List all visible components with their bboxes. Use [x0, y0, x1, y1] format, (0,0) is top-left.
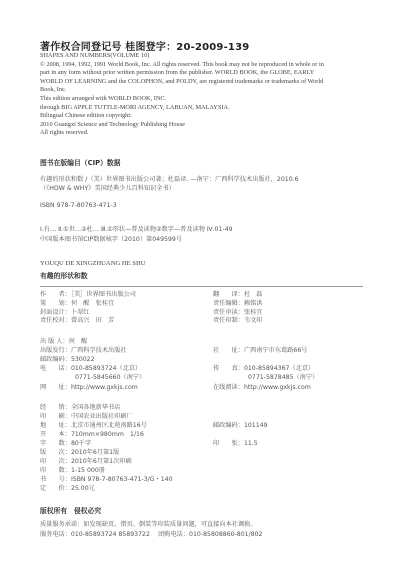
cip-classification: Ⅰ.有… Ⅱ.①世…②杜… Ⅲ.①形状—普及读物②数字—普及读物 Ⅳ.01-49 — [40, 226, 233, 235]
copyright-line: SHAPES AND NUMBERS(VOLUME 10) — [40, 52, 324, 61]
publisher-fax: 传 真：010-85894367（北京） — [213, 365, 314, 374]
price: 定 价：25.00元 — [40, 485, 95, 494]
credit-author: 作 者：［美］世界图书出版公司 — [40, 291, 136, 300]
credit-print-supervisor: 责任印制：韦文印 — [213, 317, 263, 326]
publisher-postcode: 邮政编码：530022 — [40, 356, 95, 365]
book-title: 有趣的形状和数 — [40, 270, 88, 280]
copyright-line: All rights reserved. — [40, 129, 324, 138]
copyright-line: Book, Inc. — [40, 86, 324, 95]
credit-planner: 策 划：何 醒 张桂宜 — [40, 300, 136, 309]
publisher-address: 社 址：广西南宁市东葛路66号 — [213, 347, 308, 356]
cip-line: 有趣的形状和数 /（美）世界图书出版公司著；杜磊译. —南宁：广西科学技术出版社… — [40, 176, 299, 185]
copyright-line: part in any form without prior written p… — [40, 69, 324, 78]
credit-translator: 翻 译：杜 磊 — [213, 291, 263, 300]
publisher-phone-2: 0771-5845660（南宁） — [75, 374, 145, 383]
printer: 印 刷：中国农业出版社印刷厂 — [40, 413, 133, 422]
book-pinyin-title: YOUQU DE XINGZHUANG HE SHU — [40, 260, 146, 269]
impression: 印 次：2010年6月第1次印刷 — [40, 458, 132, 467]
credits-left: 作 者：［美］世界图书出版公司 策 划：何 醒 张桂宜 封面设计：卜翠红 责任校… — [40, 291, 136, 326]
copyright-line: WORLD OF LEARNING and the COLOPHON, and … — [40, 78, 324, 87]
copyright-page: 著作权合同登记号 桂图登字：20-2009-139 SHAPES AND NUM… — [0, 0, 400, 571]
copyright-line: Bilingual Chinese edition copyright: — [40, 112, 324, 121]
printer-postcode: 邮政编码：101149 — [213, 422, 268, 431]
print-run: 印 数：1-15 000册 — [40, 467, 105, 476]
copyright-line: © 2008, 1994, 1992, 1991 World Book, Inc… — [40, 61, 324, 70]
publisher-fax-2: 0771-5878485（南宁） — [248, 374, 318, 383]
divider — [40, 286, 363, 287]
copyright-line: 2010 Guangxi Science and Technology Publ… — [40, 121, 324, 130]
cip-isbn: ISBN 978-7-80763-471-3 — [40, 202, 117, 211]
book-number: 书 号：ISBN 978-7-80763-471-3/G・140 — [40, 476, 173, 485]
service-contact: 服务电话：010-85893724 85893722 团购电话：010-8580… — [40, 531, 263, 540]
publisher-person: 出 版 人：何 醒 — [40, 338, 87, 347]
publisher-online-reading: 在线阅读：http://www.gxkjs.com — [213, 384, 311, 393]
printer-address: 地 址：北京市通州区北苑南路16号 — [40, 422, 147, 431]
edition: 版 次：2010年6月第1版 — [40, 449, 119, 458]
copyright-line: through BIG APPLE TUTTLE-MORI AGENCY, LA… — [40, 104, 324, 113]
publisher-phone: 电 话：010-85893724（北京） — [40, 365, 141, 374]
print-sheets: 印 张：11.5 — [213, 440, 258, 449]
credits-right: 翻 译：杜 磊 责任编辑：赖铭洪 责任审读：张桂宜 责任印制：韦文印 — [213, 291, 263, 326]
distributor: 经 销：全国各地新华书店 — [40, 404, 120, 413]
publisher-org: 出版发行：广西科学技术出版社 — [40, 347, 127, 356]
copyright-english-block: SHAPES AND NUMBERS(VOLUME 10) © 2008, 19… — [40, 52, 324, 138]
cip-line: （《HOW & WHY》美国经典少儿百科知识全书） — [40, 185, 175, 194]
word-count: 字 数：80千字 — [40, 440, 91, 449]
publisher-website: 网 址：http://www.gxkjs.com — [40, 384, 138, 393]
rights-title: 版权所有 侵权必究 — [40, 505, 101, 515]
cip-title: 图书在版编目（CIP）数据 — [40, 157, 120, 167]
service-promise: 质量服务承诺：如发现缺页、错页、倒装等印装质量问题，可直接向本社调换。 — [40, 521, 257, 530]
credit-proofreader: 责任校对：曾高兴 田 芳 — [40, 317, 136, 326]
copyright-line: This edition arranged with WORLD BOOK, I… — [40, 95, 324, 104]
credit-editor: 责任编辑：赖铭洪 — [213, 300, 263, 309]
cip-record-number: 中国版本图书馆CIP数据核字（2010）第049599号 — [40, 236, 182, 245]
book-format: 开 本：710mm×980mm 1/16 — [40, 431, 144, 440]
registration-header: 著作权合同登记号 桂图登字：20-2009-139 — [40, 38, 249, 53]
